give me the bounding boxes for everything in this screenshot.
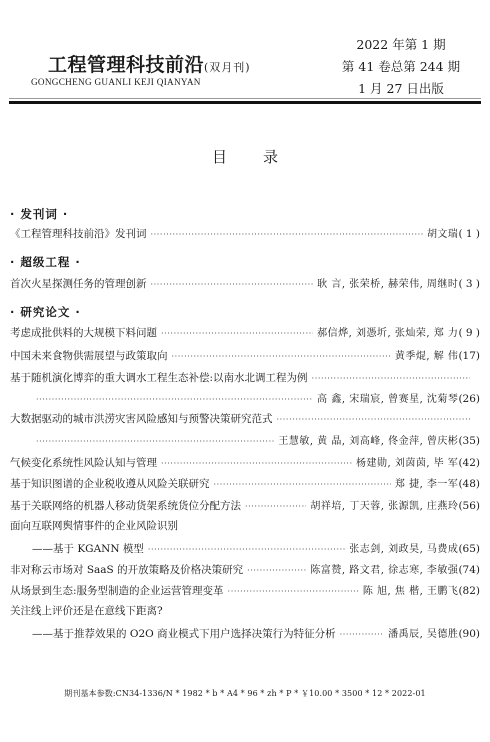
entry-authors: 郝信烨, 刘憑圻, 张灿荣, 郑 力 <box>317 324 458 339</box>
entry-authors: 胡祥培, 丁天蓉, 张源凯, 庄燕玲 <box>310 497 458 512</box>
entry-title: 大数据驱动的城市洪涝灾害风险感知与预警决策研究范式 <box>10 411 273 426</box>
toc-entry-line1[interactable]: 关注线上评价还是在意线下距离? <box>10 603 163 619</box>
entry-authors: 杨建勋, 刘茵茵, 毕 军 <box>356 454 458 469</box>
leader-dots <box>214 480 391 489</box>
section-heading-research-papers: · 研究论文 · <box>10 304 81 320</box>
toc-entry[interactable]: 《工程管理科技前沿》发刊词 胡文瑞 ( 1 ) <box>10 225 480 241</box>
entry-page: (26) <box>458 393 480 405</box>
entry-page: (74) <box>458 564 480 576</box>
entry-title: 基于关联网络的机器人移动货架系统货位分配方法 <box>10 498 241 513</box>
toc-entry-line1[interactable]: 大数据驱动的城市洪涝灾害风险感知与预警决策研究范式 <box>10 411 474 427</box>
entry-title: 中国未来食物供需展望与政策取向 <box>10 348 168 363</box>
section-heading-foreword: · 发刊词 · <box>10 206 68 222</box>
toc-entry-line1[interactable]: 面向互联网舆情事件的企业风险识别 <box>10 518 178 534</box>
toc-title: 目录 <box>0 146 490 167</box>
leader-dots <box>148 545 345 554</box>
entry-page: (56) <box>458 500 480 512</box>
entry-title: 考虑成批供料的大规模下料问题 <box>10 325 157 340</box>
entry-authors: 高 鑫, 宋瑞宸, 曾赛星, 沈菊琴 <box>317 390 458 405</box>
entry-page: (35) <box>458 435 480 447</box>
entry-title: 首次火星探测任务的管理创新 <box>10 276 147 291</box>
entry-title: 基于随机演化博弈的重大调水工程生态补偿:以南水北调工程为例 <box>10 370 308 385</box>
entry-authors: 潘禹辰, 吴德胜 <box>388 625 458 640</box>
toc-entry-line1[interactable]: 基于随机演化博弈的重大调水工程生态补偿:以南水北调工程为例 <box>10 370 474 386</box>
journal-frequency: (双月刊) <box>204 61 251 74</box>
entry-subtitle: ——基于 KGANN 模型 <box>32 541 144 556</box>
header-rule-thin <box>9 98 481 99</box>
entry-authors: 郑 捷, 李一军 <box>395 475 459 490</box>
leader-dots <box>151 230 423 239</box>
issue-info: 2022 年第 1 期 第 41 卷总第 244 期 1 月 27 日出版 <box>336 34 466 100</box>
leader-dots <box>161 459 352 468</box>
entry-page: ( 9 ) <box>458 327 480 339</box>
entry-authors: 陈富赞, 路文君, 徐志寒, 李敏强 <box>310 561 458 576</box>
leader-dots <box>340 630 385 639</box>
toc-entry[interactable]: 基于关联网络的机器人移动货架系统货位分配方法 胡祥培, 丁天蓉, 张源凯, 庄燕… <box>10 497 480 513</box>
entry-title: 关注线上评价还是在意线下距离? <box>10 603 163 618</box>
entry-authors: 陈 旭, 焦 楷, 王鹏飞 <box>363 582 459 597</box>
toc-entry[interactable]: 非对称云市场对 SaaS 的开放策略及价格决策研究 陈富赞, 路文君, 徐志寒,… <box>10 561 480 577</box>
entry-page: (48) <box>458 478 480 490</box>
entry-page: (90) <box>458 628 480 640</box>
entry-title: 非对称云市场对 SaaS 的开放策略及价格决策研究 <box>10 562 243 577</box>
toc-entry-line2[interactable]: ——基于推荐效果的 O2O 商业模式下用户选择决策行为特征分析 潘禹辰, 吴德胜… <box>32 625 480 641</box>
leader-dots <box>312 374 470 383</box>
leader-dots <box>245 502 306 511</box>
masthead: 工程管理科技前沿(双月刊) GONGCHENG GUANLI KEJI QIAN… <box>0 0 490 112</box>
entry-authors: 王慧敏, 黄 晶, 刘高峰, 佟金萍, 曾庆彬 <box>278 432 458 447</box>
entry-page: (82) <box>458 585 480 597</box>
entry-page: ( 1 ) <box>458 228 480 240</box>
section-heading-super-engineering: · 超级工程 · <box>10 254 81 270</box>
journal-parameters: 期刊基本参数:CN34-1336/N * 1982 * b * A4 * 96 … <box>0 688 490 699</box>
entry-page: (65) <box>458 543 480 555</box>
issue-publish-date: 1 月 27 日出版 <box>336 78 466 100</box>
entry-title: 从场景到生态:服务型制造的企业运营管理变革 <box>10 583 224 598</box>
entry-authors: 黄季焜, 解 伟 <box>395 347 459 362</box>
journal-title-en: GONGCHENG GUANLI KEJI QIANYAN <box>31 77 201 87</box>
issue-volume-total: 第 41 卷总第 244 期 <box>336 56 466 78</box>
toc-entry-line2[interactable]: 高 鑫, 宋瑞宸, 曾赛星, 沈菊琴 (26) <box>36 390 480 406</box>
entry-authors: 张志剑, 刘政昊, 马费成 <box>349 540 458 555</box>
entry-title: 气候变化系统性风险认知与管理 <box>10 455 157 470</box>
toc-entry[interactable]: 首次火星探测任务的管理创新 耿 言, 张荣桥, 赫荣伟, 周继时 ( 3 ) <box>10 275 480 291</box>
entry-page: (42) <box>458 457 480 469</box>
leader-dots <box>36 395 313 404</box>
entry-title: 基于知识图谱的企业税收遵从风险关联研究 <box>10 476 210 491</box>
issue-year-number: 2022 年第 1 期 <box>336 34 466 56</box>
entry-authors: 耿 言, 张荣桥, 赫荣伟, 周继时 <box>317 275 458 290</box>
toc-entry[interactable]: 考虑成批供料的大规模下料问题 郝信烨, 刘憑圻, 张灿荣, 郑 力 ( 9 ) <box>10 324 480 340</box>
toc-entry[interactable]: 基于知识图谱的企业税收遵从风险关联研究 郑 捷, 李一军 (48) <box>10 475 480 491</box>
toc-entry[interactable]: 从场景到生态:服务型制造的企业运营管理变革 陈 旭, 焦 楷, 王鹏飞 (82) <box>10 582 480 598</box>
toc-entry[interactable]: 气候变化系统性风险认知与管理 杨建勋, 刘茵茵, 毕 军 (42) <box>10 454 480 470</box>
toc-entry-line2[interactable]: ——基于 KGANN 模型 张志剑, 刘政昊, 马费成 (65) <box>32 540 480 556</box>
toc-entry-line2[interactable]: 王慧敏, 黄 晶, 刘高峰, 佟金萍, 曾庆彬 (35) <box>36 432 480 448</box>
journal-title-cn: 工程管理科技前沿 <box>48 54 204 76</box>
leader-dots <box>247 566 306 575</box>
entry-page: ( 3 ) <box>458 278 480 290</box>
toc-entry[interactable]: 中国未来食物供需展望与政策取向 黄季焜, 解 伟 (17) <box>10 347 480 363</box>
entry-title: 《工程管理科技前沿》发刊词 <box>10 226 147 241</box>
leader-dots <box>172 352 391 361</box>
header-rule-thick <box>9 101 481 104</box>
entry-page: (17) <box>458 350 480 362</box>
journal-title: 工程管理科技前沿(双月刊) <box>48 50 251 77</box>
leader-dots <box>277 415 471 424</box>
leader-dots <box>228 587 359 596</box>
entry-title: 面向互联网舆情事件的企业风险识别 <box>10 518 178 533</box>
leader-dots <box>151 280 314 289</box>
entry-authors: 胡文瑞 <box>427 225 459 240</box>
leader-dots <box>36 437 274 446</box>
leader-dots <box>161 329 313 338</box>
entry-subtitle: ——基于推荐效果的 O2O 商业模式下用户选择决策行为特征分析 <box>32 626 336 641</box>
